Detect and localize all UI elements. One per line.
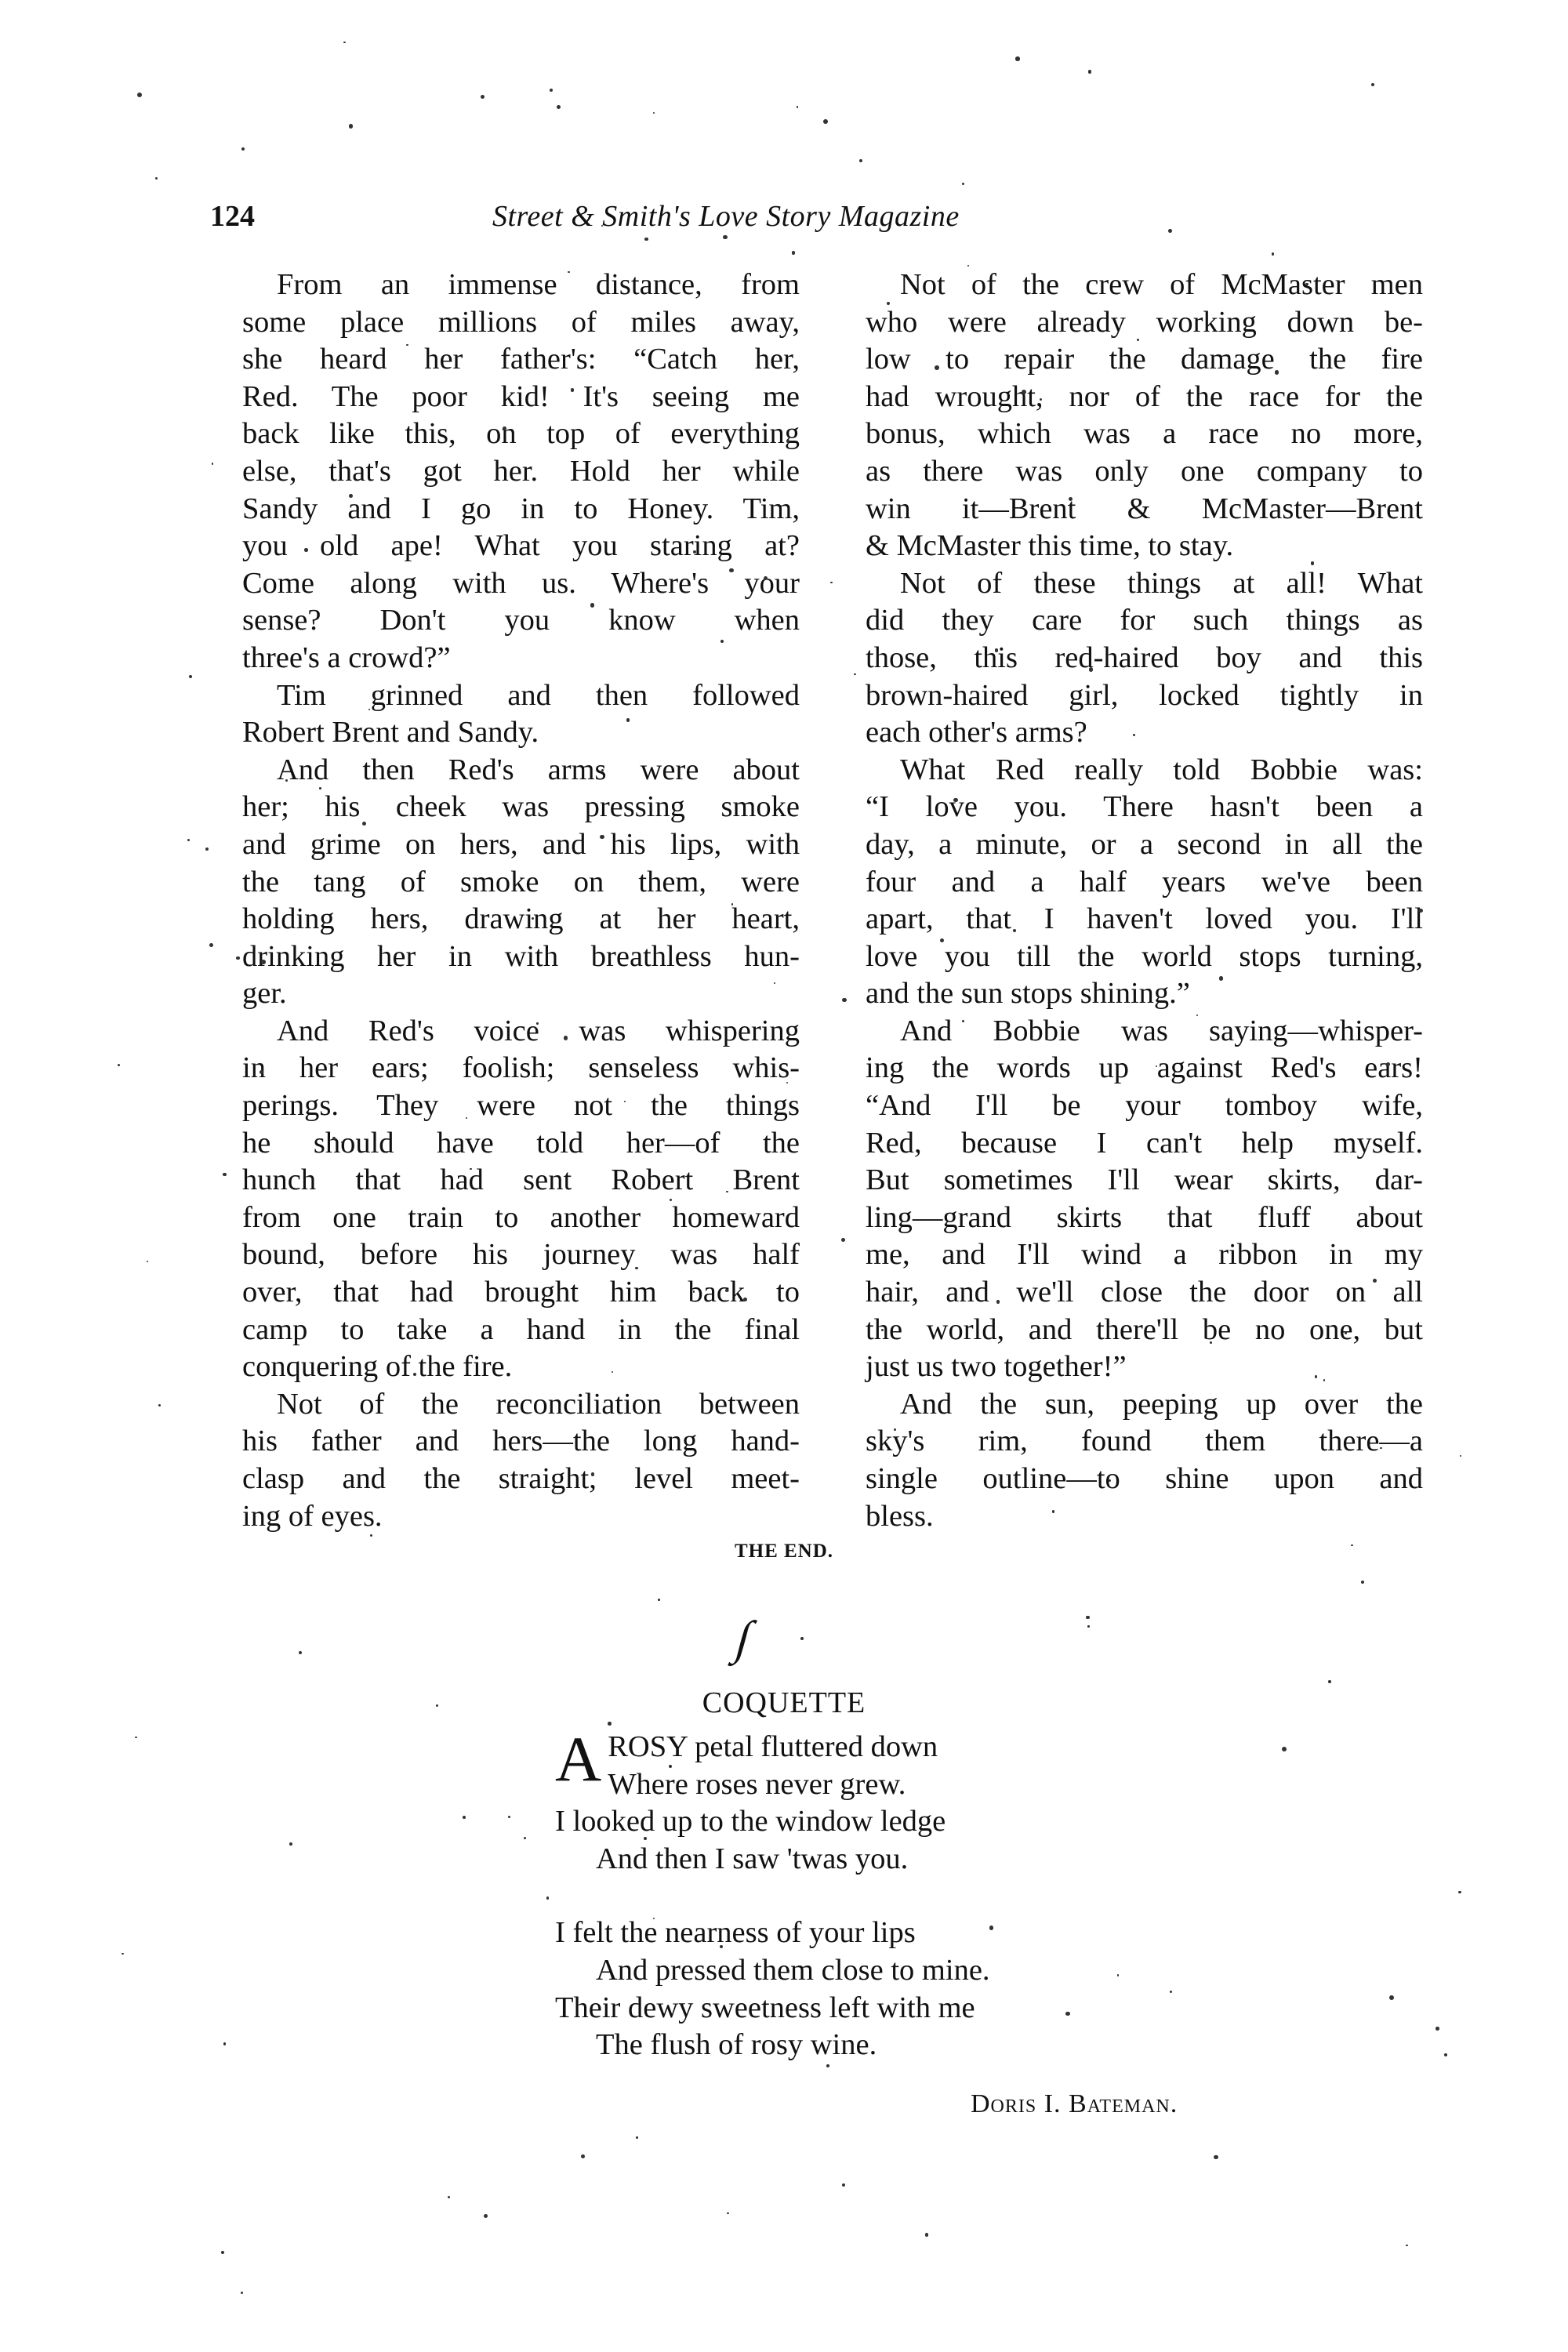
running-head: 124 Street & Smith's Love Story Magazine xyxy=(210,199,1198,238)
poem-body: AROSY petal fluttered downWhere roses ne… xyxy=(555,1729,1339,2064)
text-line: What Red really told Bobbie was: xyxy=(831,752,1423,789)
paragraph: Tim grinned and then followedRobert Bren… xyxy=(208,677,800,752)
drop-cap: A xyxy=(555,1732,601,1787)
text-line: three's a crowd?” xyxy=(208,640,800,677)
page-number: 124 xyxy=(210,199,255,234)
text-line: me, and I'll wind a ribbon in my xyxy=(831,1236,1423,1274)
text-line: win it—Brent & McMaster—Brent xyxy=(831,491,1423,528)
text-line: he should have told her—of the xyxy=(208,1125,800,1163)
text-line: hair, and we'll close the door on all xyxy=(831,1274,1423,1312)
text-line: four and a half years we've been xyxy=(831,864,1423,902)
poem-line: And pressed them close to mine. xyxy=(555,1952,1339,1990)
text-line: from one train to another homeward xyxy=(208,1200,800,1237)
paragraph: Not of these things at all! Whatdid they… xyxy=(831,565,1423,752)
paragraph: And the sun, peeping up over thesky's ri… xyxy=(831,1386,1423,1535)
poem-title: COQUETTE xyxy=(0,1686,1568,1720)
text-line: Come along with us. Where's your xyxy=(208,565,800,603)
text-line: ing the words up against Red's ears! xyxy=(831,1050,1423,1087)
text-line: And Red's voice was whispering xyxy=(208,1013,800,1051)
text-line: just us two together!” xyxy=(831,1348,1423,1386)
text-line: camp to take a hand in the final xyxy=(208,1312,800,1349)
text-line: Sandy and I go in to Honey. Tim, xyxy=(208,491,800,528)
story-end-marker: THE END. xyxy=(0,1541,1568,1563)
text-line: single outline—to shine upon and xyxy=(831,1461,1423,1498)
poem-line: ROSY petal fluttered down xyxy=(555,1729,1339,1766)
text-line: the tang of smoke on them, were xyxy=(208,864,800,902)
text-line: “And I'll be your tomboy wife, xyxy=(831,1087,1423,1125)
poem-stanza: AROSY petal fluttered downWhere roses ne… xyxy=(555,1729,1339,1878)
script-s-ornament-icon: ∫ xyxy=(730,1611,757,1665)
text-line: low to repair the damage the fire xyxy=(831,341,1423,379)
paragraph: What Red really told Bobbie was:“I love … xyxy=(831,752,1423,1013)
text-line: and grime on hers, and his lips, with xyxy=(208,826,800,864)
magazine-title: Street & Smith's Love Story Magazine xyxy=(492,199,960,234)
poem-author: Doris I. Bateman. xyxy=(971,2089,1178,2119)
text-line: bound, before his journey was half xyxy=(208,1236,800,1274)
text-line: she heard her father's: “Catch her, xyxy=(208,341,800,379)
text-line: “I love you. There hasn't been a xyxy=(831,789,1423,826)
text-line: did they care for such things as xyxy=(831,602,1423,640)
poem-line: The flush of rosy wine. xyxy=(555,2027,1339,2064)
poem-line: I looked up to the window ledge xyxy=(555,1803,1339,1841)
text-line: his father and hers—the long hand- xyxy=(208,1423,800,1461)
text-line: bless. xyxy=(831,1498,1423,1536)
text-line: Tim grinned and then followed xyxy=(208,677,800,715)
text-line: over, that had brought him back to xyxy=(208,1274,800,1312)
text-line: had wrought, nor of the race for the xyxy=(831,379,1423,416)
magazine-page: 124 Street & Smith's Love Story Magazine… xyxy=(0,0,1568,2352)
text-line: Robert Brent and Sandy. xyxy=(208,714,800,752)
text-line: conquering of the fire. xyxy=(208,1348,800,1386)
poem-line: Their dewy sweetness left with me xyxy=(555,1990,1339,2027)
text-line: as there was only one company to xyxy=(831,453,1423,491)
text-line: you old ape! What you staring at? xyxy=(208,528,800,565)
text-line: ing of eyes. xyxy=(208,1498,800,1536)
text-line: back like this, on top of everything xyxy=(208,416,800,453)
text-line: Not of the reconciliation between xyxy=(208,1386,800,1424)
text-line: some place millions of miles away, xyxy=(208,304,800,342)
text-line: those, this red-haired boy and this xyxy=(831,640,1423,677)
left-column: From an immense distance, fromsome place… xyxy=(208,267,800,1535)
poem-line: Where roses never grew. xyxy=(555,1766,1339,1804)
text-line: sky's rim, found them there—a xyxy=(831,1423,1423,1461)
text-line: else, that's got her. Hold her while xyxy=(208,453,800,491)
text-line: And then Red's arms were about xyxy=(208,752,800,789)
text-line: ger. xyxy=(208,975,800,1013)
text-line: drinking her in with breathless hun- xyxy=(208,938,800,976)
poem-line: I felt the nearness of your lips xyxy=(555,1915,1339,1952)
text-line: Red, because I can't help myself. xyxy=(831,1125,1423,1163)
text-line: apart, that I haven't loved you. I'll xyxy=(831,901,1423,938)
paragraph: And Bobbie was saying—whisper-ing the wo… xyxy=(831,1013,1423,1386)
text-line: the world, and there'll be no one, but xyxy=(831,1312,1423,1349)
text-line: And Bobbie was saying—whisper- xyxy=(831,1013,1423,1051)
text-line: ling—grand skirts that fluff about xyxy=(831,1200,1423,1237)
text-line: day, a minute, or a second in all the xyxy=(831,826,1423,864)
paragraph: Not of the reconciliation betweenhis fat… xyxy=(208,1386,800,1535)
text-line: in her ears; foolish; senseless whis- xyxy=(208,1050,800,1087)
paragraph: From an immense distance, fromsome place… xyxy=(208,267,800,677)
text-line: Red. The poor kid! It's seeing me xyxy=(208,379,800,416)
text-line: And the sun, peeping up over the xyxy=(831,1386,1423,1424)
text-line: love you till the world stops turning, xyxy=(831,938,1423,976)
text-line: bonus, which was a race no more, xyxy=(831,416,1423,453)
poem-line: And then I saw 'twas you. xyxy=(555,1841,1339,1878)
poem-stanza: I felt the nearness of your lipsAnd pres… xyxy=(555,1915,1339,2063)
text-line: who were already working down be- xyxy=(831,304,1423,342)
text-line: her; his cheek was pressing smoke xyxy=(208,789,800,826)
text-line: perings. They were not the things xyxy=(208,1087,800,1125)
text-line: and the sun stops shining.” xyxy=(831,975,1423,1013)
text-line: Not of the crew of McMaster men xyxy=(831,267,1423,304)
text-line: brown-haired girl, locked tightly in xyxy=(831,677,1423,715)
paragraph: And Red's voice was whisperingin her ear… xyxy=(208,1013,800,1386)
text-line: Not of these things at all! What xyxy=(831,565,1423,603)
paragraph: And then Red's arms were abouther; his c… xyxy=(208,752,800,1013)
paragraph: Not of the crew of McMaster menwho were … xyxy=(831,267,1423,565)
text-line: hunch that had sent Robert Brent xyxy=(208,1162,800,1200)
text-line: But sometimes I'll wear skirts, dar- xyxy=(831,1162,1423,1200)
text-line: clasp and the straight, level meet- xyxy=(208,1461,800,1498)
right-column: Not of the crew of McMaster menwho were … xyxy=(831,267,1423,1535)
text-line: From an immense distance, from xyxy=(208,267,800,304)
text-line: sense? Don't you know when xyxy=(208,602,800,640)
text-line: holding hers, drawing at her heart, xyxy=(208,901,800,938)
text-line: each other's arms? xyxy=(831,714,1423,752)
text-line: & McMaster this time, to stay. xyxy=(831,528,1423,565)
